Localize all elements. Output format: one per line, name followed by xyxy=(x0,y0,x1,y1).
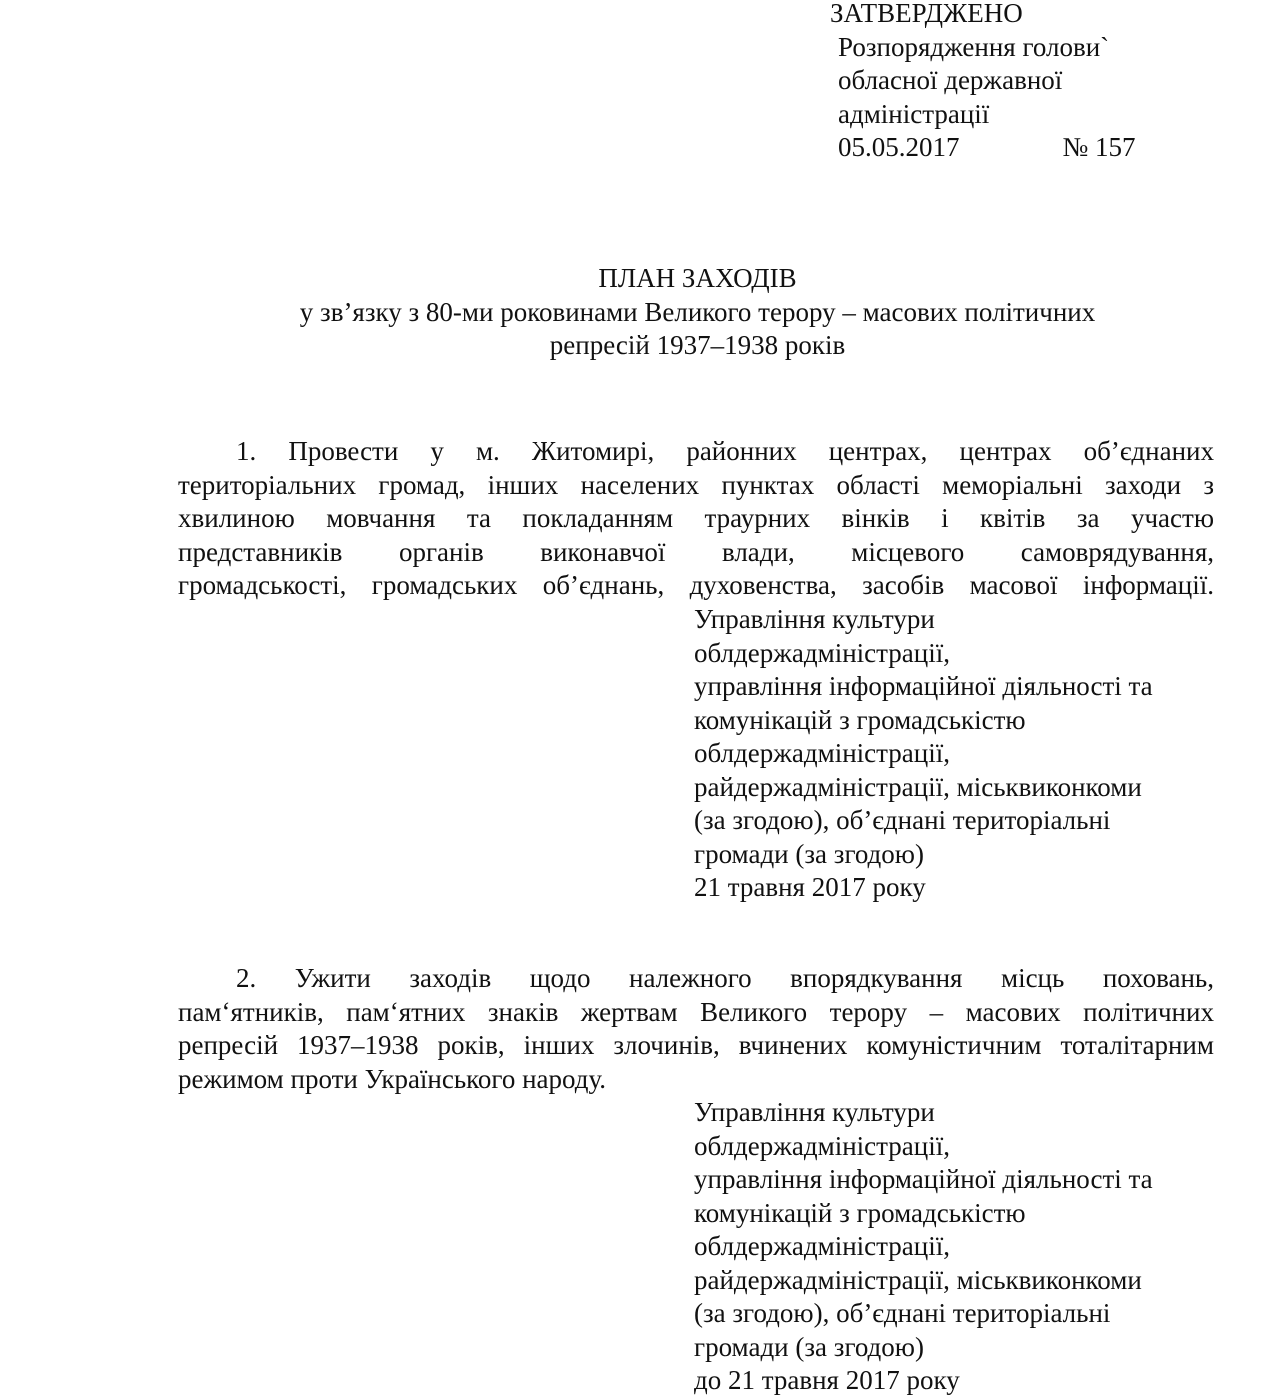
word: траурних xyxy=(704,502,810,536)
word: впорядкування xyxy=(790,962,962,996)
deadline: 21 травня 2017 року xyxy=(694,871,1234,905)
word: репресій xyxy=(178,1029,278,1063)
paragraph-line: територіальнихгромад,іншихнаселенихпункт… xyxy=(178,469,1214,503)
word: влади, xyxy=(722,536,795,570)
title-subtitle-line: у зв’язку з 80-ми роковинами Великого те… xyxy=(180,296,1215,330)
responsible-line: громади (за згодою) xyxy=(694,1331,1234,1365)
word: та xyxy=(467,502,491,536)
word: участю xyxy=(1131,502,1214,536)
word: щодо xyxy=(530,962,591,996)
plan-item-1-responsible: Управління культури облдержадміністрації… xyxy=(694,603,1234,905)
word: Великого xyxy=(700,996,807,1030)
paragraph-line: 1.Провестиум.Житомирі,районнихцентрах,це… xyxy=(178,435,1214,469)
word: квітів xyxy=(980,502,1045,536)
responsible-line: облдержадміністрації, xyxy=(694,637,1234,671)
plan-item-2-responsible: Управління культури облдержадміністрації… xyxy=(694,1096,1234,1397)
word: виконавчої xyxy=(540,536,665,570)
word: населених xyxy=(581,469,700,503)
paragraph-line: пам‘ятників,пам‘ятнихзнаківжертвамВелико… xyxy=(178,996,1214,1030)
word: Провести xyxy=(288,435,398,469)
paragraph-line: хвилиноюмовчаннятапокладаннямтраурнихвін… xyxy=(178,502,1214,536)
word: знаків xyxy=(488,996,558,1030)
word: 1. xyxy=(236,435,256,469)
word: у xyxy=(430,435,444,469)
word: пунктах xyxy=(721,469,814,503)
word: вчинених xyxy=(739,1029,848,1063)
word: центрах xyxy=(960,435,1052,469)
word: пам‘ятників, xyxy=(178,996,324,1030)
word: самоврядування, xyxy=(1021,536,1214,570)
word: хвилиною xyxy=(178,502,295,536)
approval-line: Розпорядження голови` xyxy=(830,31,1230,65)
responsible-line: (за згодою), об’єднані територіальні xyxy=(694,804,1234,838)
paragraph-line: режимом проти Українського народу. xyxy=(178,1063,1214,1097)
word: представників xyxy=(178,536,342,570)
responsible-line: (за згодою), об’єднані територіальні xyxy=(694,1297,1234,1331)
word: тоталітарним xyxy=(1060,1029,1214,1063)
word: терору xyxy=(830,996,907,1030)
word: 2. xyxy=(236,962,256,996)
responsible-line: комунікацій з громадськістю xyxy=(694,704,1234,738)
word: політичних xyxy=(1083,996,1214,1030)
responsible-line: комунікацій з громадськістю xyxy=(694,1197,1234,1231)
word: Житомирі, xyxy=(532,435,654,469)
word: вінків xyxy=(842,502,910,536)
word: за xyxy=(1077,502,1100,536)
word: покладанням xyxy=(522,502,673,536)
word: років, xyxy=(438,1029,505,1063)
responsible-line: облдержадміністрації, xyxy=(694,737,1234,771)
responsible-line: управління інформаційної діяльності та xyxy=(694,1163,1234,1197)
paragraph-line: громадськості, громадських об’єднань, ду… xyxy=(178,569,1214,603)
word: інших xyxy=(488,469,559,503)
word: об’єднаних xyxy=(1084,435,1214,469)
approval-stamp: ЗАТВЕРДЖЕНО Розпорядження голови` обласн… xyxy=(830,0,1230,165)
plan-item-1-text: 1.Провестиум.Житомирі,районнихцентрах,це… xyxy=(178,435,1214,603)
responsible-line: Управління культури xyxy=(694,1096,1234,1130)
word: місцевого xyxy=(851,536,964,570)
word: місць xyxy=(1001,962,1064,996)
word: заходів xyxy=(409,962,491,996)
word: районних xyxy=(686,435,796,469)
responsible-line: облдержадміністрації, xyxy=(694,1130,1234,1164)
word: пам‘ятних xyxy=(346,996,465,1030)
word: інших xyxy=(524,1029,595,1063)
word: громад, xyxy=(378,469,465,503)
deadline: до 21 травня 2017 року xyxy=(694,1364,1234,1397)
word: поховань, xyxy=(1103,962,1214,996)
paragraph-line: репресій1937–1938років,іншихзлочинів,вчи… xyxy=(178,1029,1214,1063)
plan-item-2-text: 2.Ужитизаходівщодоналежноговпорядкування… xyxy=(178,962,1214,1096)
word: області xyxy=(837,469,920,503)
paragraph-line: 2.Ужитизаходівщодоналежноговпорядкування… xyxy=(178,962,1214,996)
word: комуністичним xyxy=(866,1029,1041,1063)
word: жертвам xyxy=(581,996,678,1030)
word: органів xyxy=(399,536,484,570)
word: меморіальні xyxy=(942,469,1083,503)
approval-date-row: 05.05.2017 № 157 xyxy=(830,131,1230,165)
word: заходи xyxy=(1105,469,1181,503)
title-subtitle-line: репресій 1937–1938 років xyxy=(180,329,1215,363)
approval-line: адміністрації xyxy=(830,98,1230,132)
word: масових xyxy=(966,996,1061,1030)
word: злочинів, xyxy=(613,1029,719,1063)
responsible-line: райдержадміністрації, міськвиконкоми xyxy=(694,771,1234,805)
paragraph-line: представниківорганіввиконавчоївлади,місц… xyxy=(178,536,1214,570)
word: м. xyxy=(476,435,500,469)
responsible-line: облдержадміністрації, xyxy=(694,1230,1234,1264)
responsible-line: Управління культури xyxy=(694,603,1234,637)
title-heading: ПЛАН ЗАХОДІВ xyxy=(180,262,1215,296)
document-title: ПЛАН ЗАХОДІВ у зв’язку з 80-ми роковинам… xyxy=(180,262,1215,363)
approval-number: № 157 xyxy=(1063,131,1136,165)
word: Ужити xyxy=(295,962,371,996)
responsible-line: управління інформаційної діяльності та xyxy=(694,670,1234,704)
word: і xyxy=(941,502,949,536)
word: – xyxy=(930,996,944,1030)
approval-line: обласної державної xyxy=(830,64,1230,98)
word: з xyxy=(1203,469,1214,503)
word: 1937–1938 xyxy=(297,1029,419,1063)
word: належного xyxy=(629,962,752,996)
word: центрах, xyxy=(829,435,928,469)
word: мовчання xyxy=(326,502,435,536)
approved-label: ЗАТВЕРДЖЕНО xyxy=(830,0,1230,31)
responsible-line: громади (за згодою) xyxy=(694,838,1234,872)
responsible-line: райдержадміністрації, міськвиконкоми xyxy=(694,1264,1234,1298)
approval-date: 05.05.2017 xyxy=(838,131,960,165)
word: територіальних xyxy=(178,469,356,503)
